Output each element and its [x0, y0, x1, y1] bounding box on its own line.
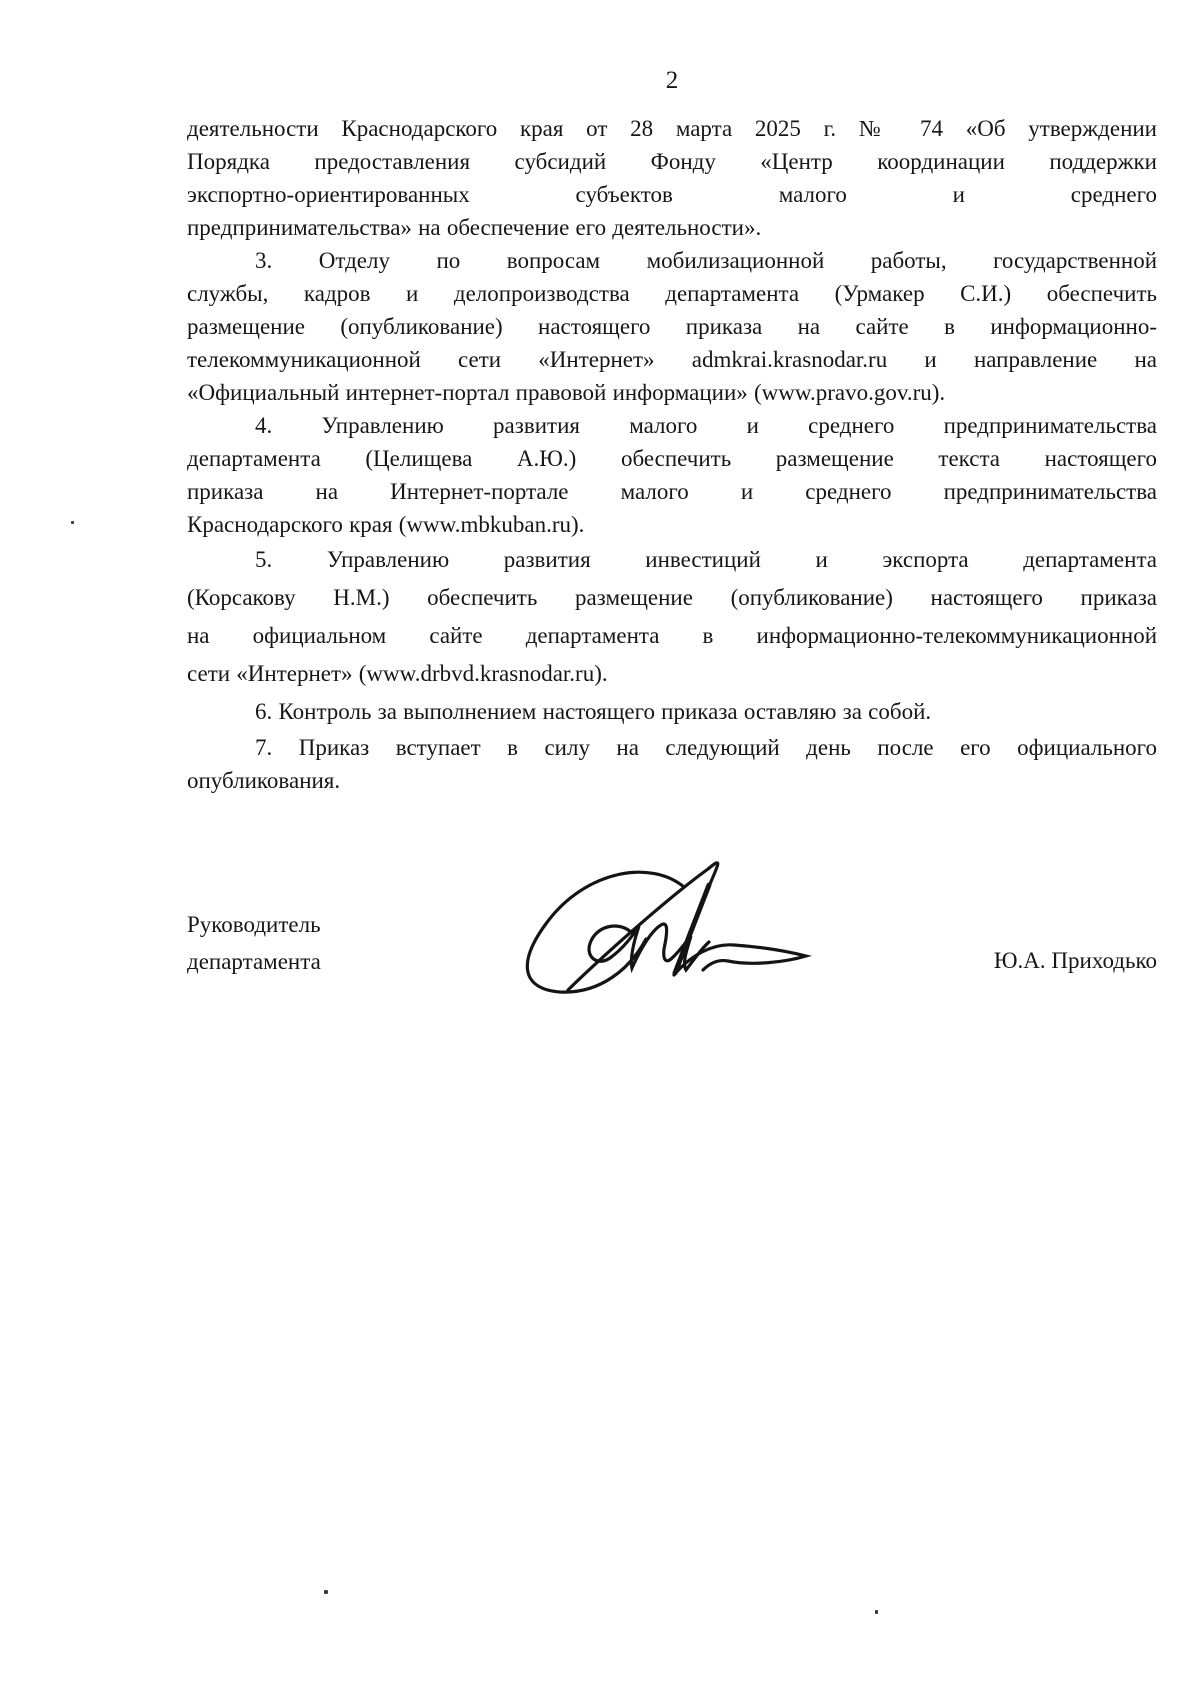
scan-artifact-dot: [875, 1610, 878, 1614]
text-line: размещение (опубликование) настоящего пр…: [187, 310, 1157, 343]
text-line: Порядка предоставления субсидий Фонду «Ц…: [187, 145, 1157, 178]
text-line: Краснодарского края (www.mbkuban.ru).: [187, 508, 1157, 541]
paragraph: 6. Контроль за выполнением настоящего пр…: [187, 693, 1157, 731]
text-line: 5. Управлению развития инвестиций и эксп…: [187, 541, 1157, 579]
text-line: предпринимательства» на обеспечение его …: [187, 211, 1157, 244]
signatory-role-line-2: департамента: [187, 943, 321, 980]
text-line: экспортно-ориентированных субъектов мало…: [187, 178, 1157, 211]
document-page: 2 деятельности Краснодарского края от 28…: [0, 0, 1200, 1697]
text-line: (Корсакову Н.М.) обеспечить размещение (…: [187, 579, 1157, 617]
text-line: департамента (Целищева А.Ю.) обеспечить …: [187, 442, 1157, 475]
text-line: 3. Отделу по вопросам мобилизационной ра…: [187, 244, 1157, 277]
text-line: 4. Управлению развития малого и среднего…: [187, 409, 1157, 442]
text-line: телекоммуникационной сети «Интернет» adm…: [187, 343, 1157, 376]
paragraph: 5. Управлению развития инвестиций и эксп…: [187, 541, 1157, 693]
paragraph: деятельности Краснодарского края от 28 м…: [187, 112, 1157, 244]
page-number: 2: [187, 66, 1157, 96]
text-line: приказа на Интернет-портале малого и сре…: [187, 475, 1157, 508]
text-line: деятельности Краснодарского края от 28 м…: [187, 112, 1157, 145]
text-line: сети «Интернет» (www.drbvd.krasnodar.ru)…: [187, 655, 1157, 693]
handwritten-signature-icon: [512, 855, 817, 1010]
text-line: 6. Контроль за выполнением настоящего пр…: [187, 693, 1157, 731]
paragraph: 7. Приказ вступает в силу на следующий д…: [187, 731, 1157, 797]
text-line: на официальном сайте департамента в инфо…: [187, 617, 1157, 655]
text-line: «Официальный интернет-портал правовой ин…: [187, 376, 1157, 409]
document-body: деятельности Краснодарского края от 28 м…: [187, 112, 1157, 797]
paragraph: 4. Управлению развития малого и среднего…: [187, 409, 1157, 541]
scan-artifact-dot: [324, 1590, 328, 1594]
paragraph: 3. Отделу по вопросам мобилизационной ра…: [187, 244, 1157, 409]
signatory-name: Ю.А. Приходько: [994, 944, 1157, 977]
signatory-role: Руководитель департамента: [187, 906, 321, 980]
scan-artifact-dot: [71, 521, 74, 524]
text-line: 7. Приказ вступает в силу на следующий д…: [187, 731, 1157, 764]
text-line: службы, кадров и делопроизводства департ…: [187, 277, 1157, 310]
text-line: опубликования.: [187, 764, 1157, 797]
signatory-role-line-1: Руководитель: [187, 906, 321, 943]
